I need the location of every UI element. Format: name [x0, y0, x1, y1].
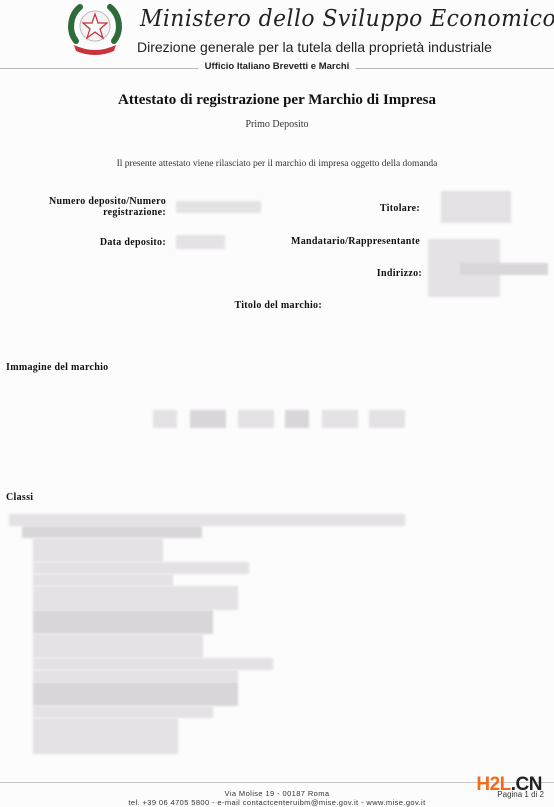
trademark-image-redacted: [285, 410, 309, 428]
data-deposito-label: Data deposito:: [60, 237, 166, 248]
classi-text-redacted: [33, 538, 163, 562]
ufficio-label: Ufficio Italiano Brevetti e Marchi: [199, 61, 356, 72]
watermark-logo: H2L.CN: [476, 774, 542, 796]
classi-section-heading: Classi: [6, 492, 33, 503]
document-title: Attestato di registrazione per Marchio d…: [0, 92, 554, 109]
ministry-title: Ministero dello Sviluppo Economico: [140, 6, 554, 32]
footer-divider: [0, 782, 554, 783]
indirizzo-label: Indirizzo:: [340, 268, 422, 279]
classi-text-redacted: [33, 658, 273, 670]
document-intro: Il presente attestato viene rilasciato p…: [0, 159, 554, 169]
classi-text-redacted: [33, 562, 249, 574]
titolare-label: Titolare:: [330, 203, 420, 214]
data-deposito-value-redacted: [176, 235, 225, 249]
trademark-image-redacted: [190, 410, 226, 428]
classi-text-redacted: [33, 706, 213, 718]
italian-republic-emblem-icon: [66, 1, 124, 57]
numero-deposito-value-redacted: [176, 201, 261, 213]
classi-text-redacted: [33, 574, 173, 586]
numero-deposito-label: Numero deposito/Numero registrazione:: [30, 196, 166, 218]
titolare-value-redacted: [441, 191, 511, 223]
watermark-part1: H2L: [476, 774, 510, 795]
classi-text-redacted: [22, 526, 202, 538]
classi-text-redacted: [33, 718, 178, 754]
trademark-image-redacted: [238, 410, 274, 428]
titolo-marchio-label: Titolo del marchio:: [200, 300, 322, 311]
classi-text-redacted: [33, 670, 238, 682]
immagine-section-heading: Immagine del marchio: [6, 362, 108, 373]
trademark-image-redacted: [322, 410, 358, 428]
classi-text-redacted: [33, 610, 213, 634]
classi-text-redacted: [33, 586, 238, 610]
classi-text-redacted: [9, 514, 405, 526]
trademark-image-redacted: [153, 410, 177, 428]
mandatario-label: Mandatario/Rappresentante: [270, 236, 420, 247]
classi-text-redacted: [33, 682, 238, 706]
classi-text-redacted: [33, 634, 203, 658]
indirizzo-value-redacted: [460, 263, 548, 275]
trademark-image-redacted: [369, 410, 405, 428]
numero-label-line2: registrazione:: [30, 207, 166, 218]
document-subtitle: Primo Deposito: [0, 119, 554, 130]
watermark-part2: .CN: [511, 774, 542, 795]
direzione-generale: Direzione generale per la tutela della p…: [137, 39, 492, 55]
numero-label-line1: Numero deposito/Numero: [30, 196, 166, 207]
footer-address: Via Molise 19 - 00187 Roma: [0, 789, 554, 798]
footer-contact: tel. +39 06 4705 5800 - e-mail contactce…: [0, 798, 554, 807]
